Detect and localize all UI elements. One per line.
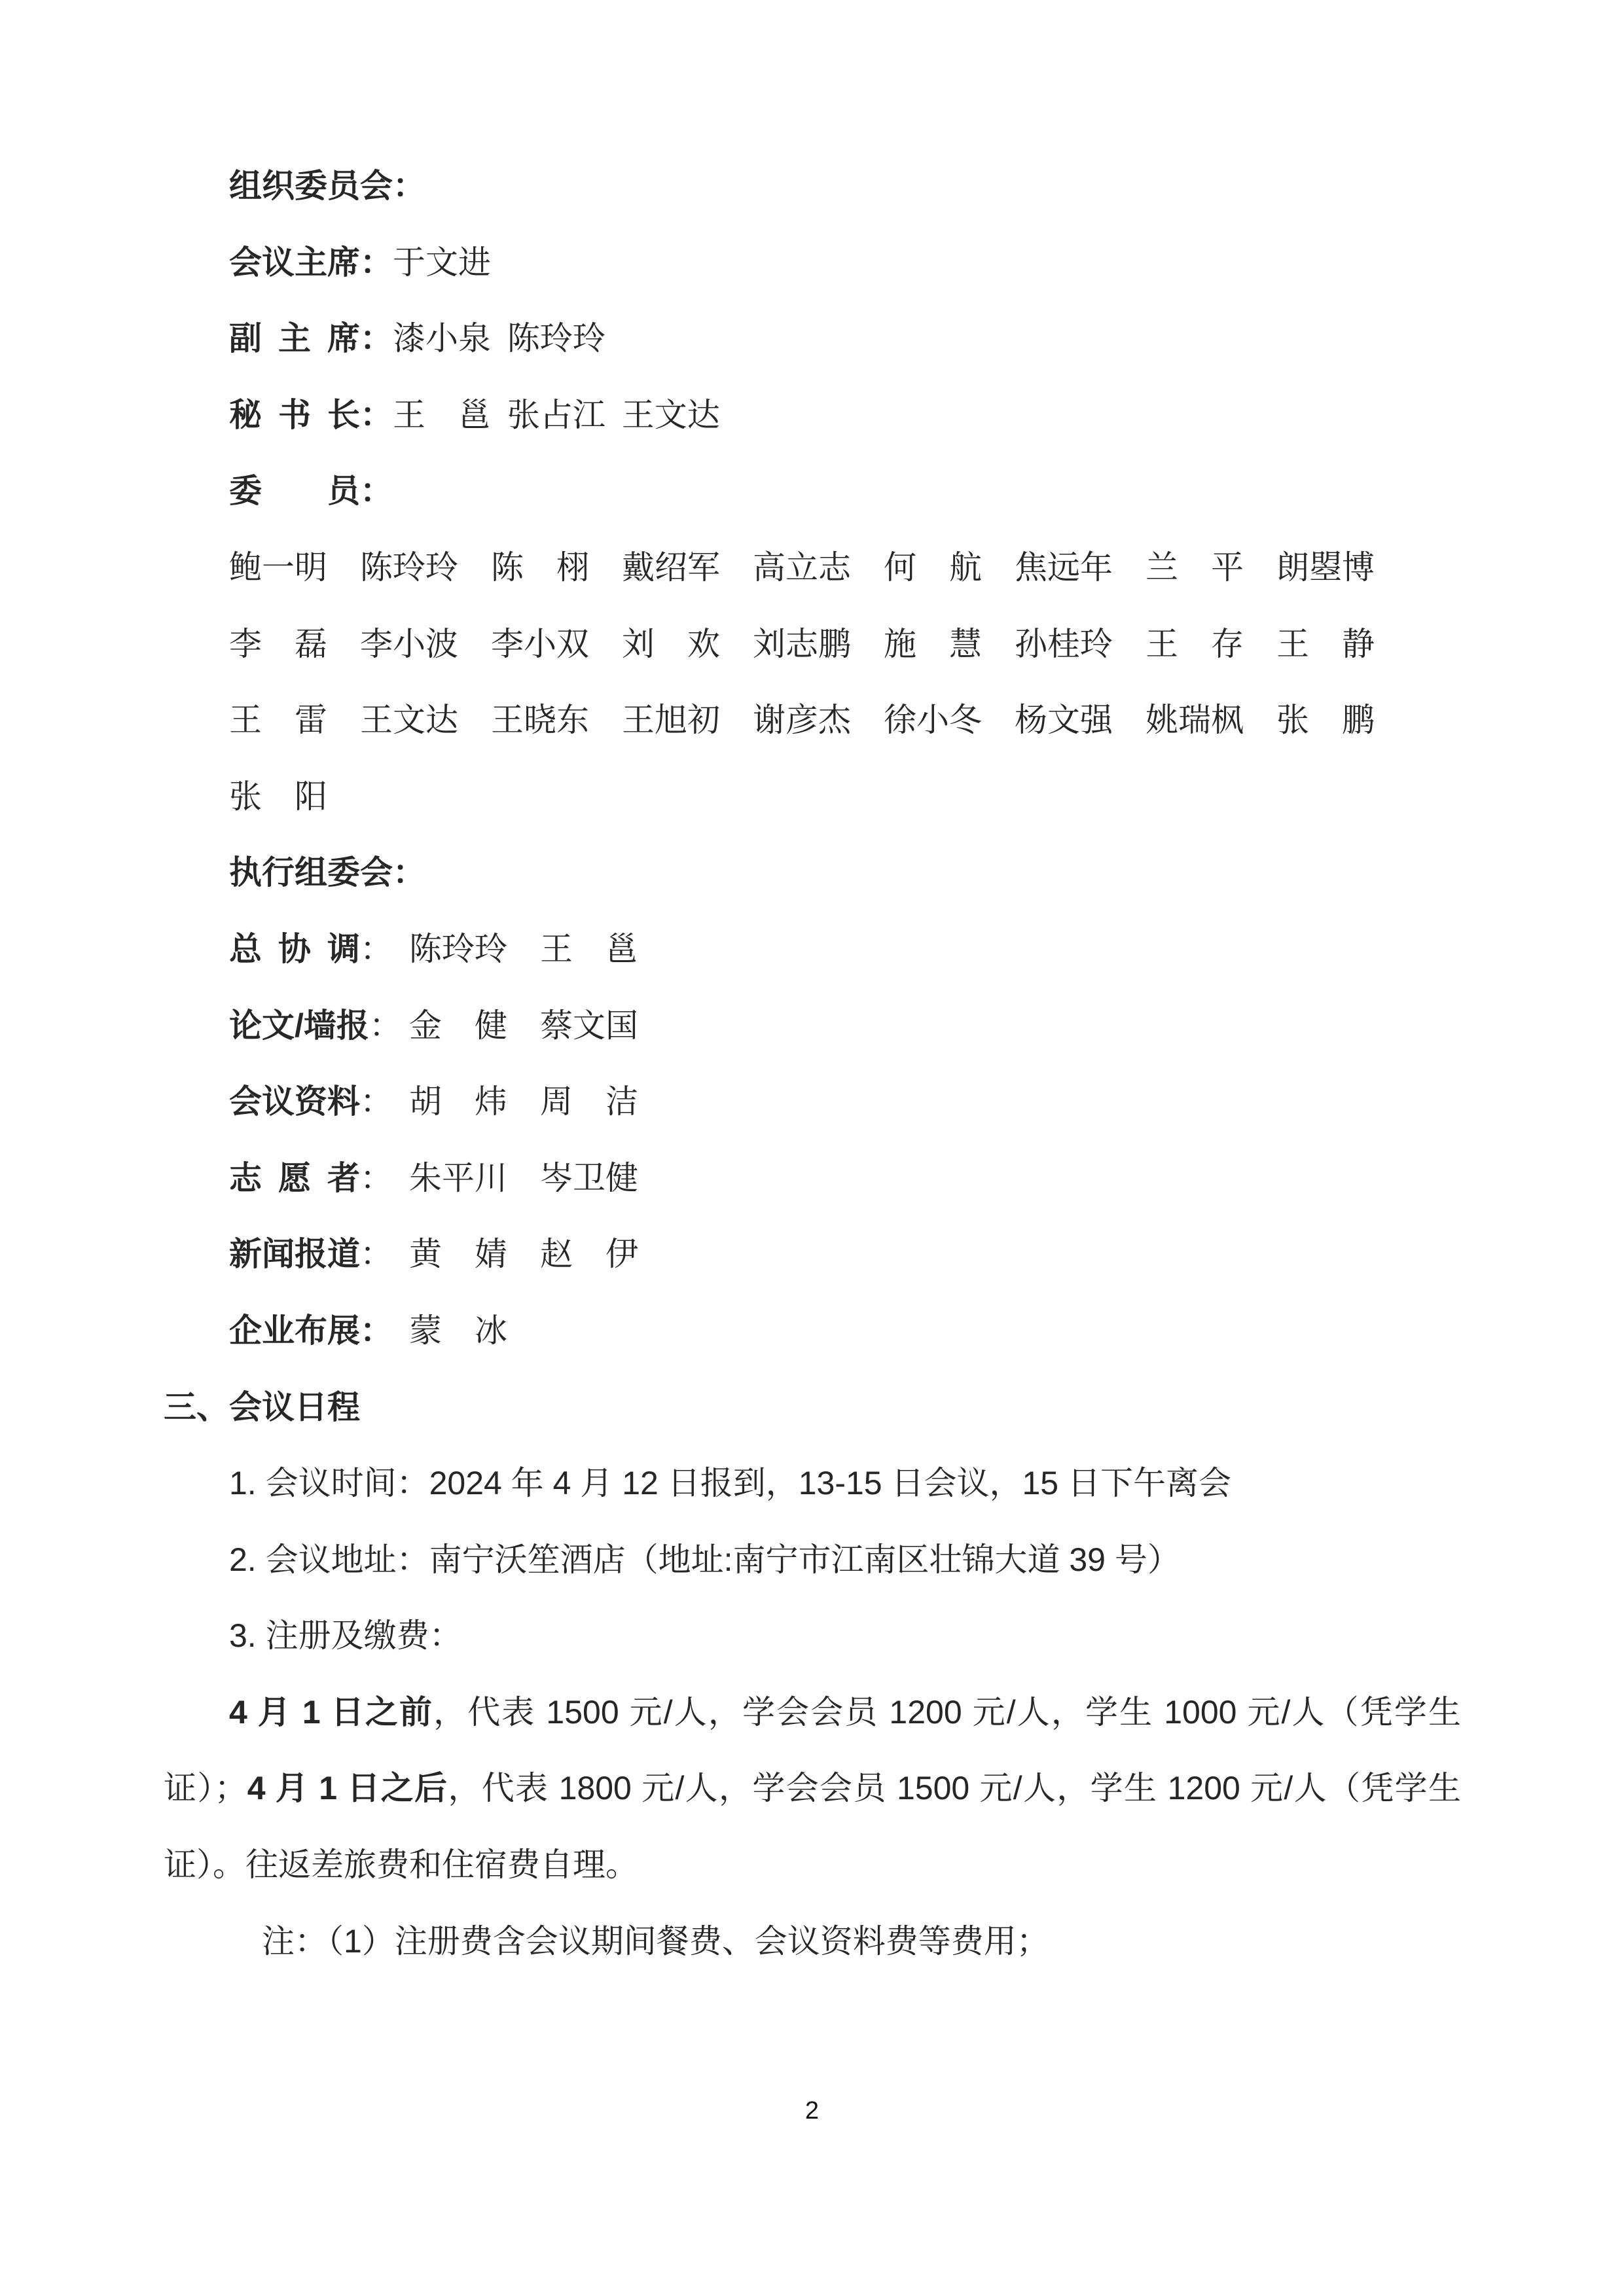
exec-value: 胡 炜 周 洁 [409,1064,638,1140]
exec-label: 新闻报道 [229,1216,360,1293]
organizing-committee-heading: 组织委员会： [164,148,1461,224]
member-row: 张 阳 [164,759,1461,835]
role-label: 秘 书 长 [229,377,360,454]
exec-colon: ： [360,1216,393,1293]
member-name: 鲍一明 [229,529,360,606]
exec-value: 朱平川 岑卫健 [409,1140,638,1217]
member-name: 王晓东 [491,682,622,759]
fee-line-1: 4 月 1 日之前，代表 1500 元/人，学会会员 1200 元/人，学生 1… [164,1674,1461,1751]
role-colon: ： [360,300,393,377]
fee-line-2: 证）；4 月 1 日之后，代表 1800 元/人，学会会员 1500 元/人，学… [164,1750,1461,1827]
member-name: 徐小冬 [884,682,1015,759]
member-name: 王 雷 [229,682,360,759]
exec-value: 黄 婧 赵 伊 [409,1216,638,1293]
schedule-item-time: 1. 会议时间：2024 年 4 月 12 日报到，13-15 日会议，15 日… [164,1445,1461,1522]
member-name: 王旭初 [622,682,753,759]
fee-line-3: 证）。往返差旅费和住宿费自理。 [164,1827,1461,1903]
role-row-chair: 会议主席 ： 于文进 [164,224,1461,301]
member-name: 刘志鹏 [753,606,884,683]
member-name: 谢彦杰 [753,682,884,759]
member-name: 孙桂玲 [1015,606,1146,683]
member-name: 焦远年 [1015,529,1146,606]
exec-label: 企业布展 [229,1293,360,1369]
fee-text: 证）。往返差旅费和住宿费自理。 [164,1846,638,1883]
member-row: 鲍一明 陈玲玲 陈 栩 戴绍军 高立志 何 航 焦远年 兰 平 朗曌博 [164,529,1461,606]
exec-value: 陈玲玲 王 邕 [409,911,638,988]
member-name: 何 航 [884,529,1015,606]
role-label: 会议主席 [229,224,360,301]
schedule-heading: 三、会议日程 [164,1369,1461,1446]
member-name: 杨文强 [1015,682,1146,759]
deadline-after: 4 月 1 日之后 [247,1770,448,1806]
exec-colon: ： [360,911,393,988]
member-name: 李 磊 [229,606,360,683]
member-name: 兰 平 [1146,529,1276,606]
fee-text: ，代表 1500 元/人，学会会员 1200 元/人，学生 1000 元/人（凭… [433,1694,1461,1731]
exec-colon: ： [360,1064,393,1140]
fee-text: ，代表 1800 元/人，学会会员 1500 元/人，学生 1200 元/人（凭… [448,1770,1461,1806]
role-value: 王 邕 张占江 王文达 [393,377,720,454]
fee-note: 注：（1）注册费含会议期间餐费、会议资料费等费用； [164,1903,1461,1980]
exec-label: 总 协 调 [229,911,360,988]
member-name: 陈玲玲 [360,529,491,606]
document-body: 组织委员会： 会议主席 ： 于文进 副 主 席 ： 漆小泉 陈玲玲 秘 书 长 … [164,148,1461,1979]
member-name: 刘 欢 [622,606,753,683]
role-row-vice-chair: 副 主 席 ： 漆小泉 陈玲玲 [164,300,1461,377]
member-name: 王 存 [1146,606,1276,683]
role-row-secretary-general: 秘 书 长 ： 王 邕 张占江 王文达 [164,377,1461,454]
exec-label: 会议资料 [229,1064,360,1140]
member-row: 李 磊 李小波 李小双 刘 欢 刘志鹏 施 慧 孙桂玲 王 存 王 静 [164,606,1461,683]
role-colon: ： [360,453,393,529]
exec-row-papers-posters: 论文/墙报 ： 金 健 蔡文国 [164,988,1461,1064]
role-label: 委 员 [229,453,360,529]
member-name: 朗曌博 [1276,529,1407,606]
deadline-before: 4 月 1 日之前 [229,1694,433,1731]
member-name: 李小双 [491,606,622,683]
member-name: 陈 栩 [491,529,622,606]
member-name: 张 鹏 [1276,682,1407,759]
member-name: 王 静 [1276,606,1407,683]
member-name: 戴绍军 [622,529,753,606]
exec-label: 论文/墙报 [229,988,369,1064]
role-row-members: 委 员 ： [164,453,1461,529]
member-row: 王 雷 王文达 王晓东 王旭初 谢彦杰 徐小冬 杨文强 姚瑞枫 张 鹏 [164,682,1461,759]
schedule-item-registration: 3. 注册及缴费： [164,1598,1461,1674]
role-colon: ： [360,224,393,301]
role-colon: ： [360,377,393,454]
exec-value: 蒙 冰 [409,1293,507,1369]
executive-committee-heading: 执行组委会： [164,834,1461,911]
role-value: 漆小泉 陈玲玲 [393,300,605,377]
registration-fee-paragraph: 4 月 1 日之前，代表 1500 元/人，学会会员 1200 元/人，学生 1… [164,1674,1461,1903]
exec-row-exhibition: 企业布展 ： 蒙 冰 [164,1293,1461,1369]
role-value: 于文进 [393,224,491,301]
page-number: 2 [0,2094,1624,2127]
member-name: 施 慧 [884,606,1015,683]
exec-value: 金 健 蔡文国 [409,988,638,1064]
exec-row-coordinator: 总 协 调 ： 陈玲玲 王 邕 [164,911,1461,988]
member-name: 李小波 [360,606,491,683]
exec-colon: ： [369,988,402,1064]
exec-row-volunteers: 志 愿 者 ： 朱平川 岑卫健 [164,1140,1461,1217]
member-name: 张 阳 [229,759,360,835]
exec-row-news: 新闻报道 ： 黄 婧 赵 伊 [164,1216,1461,1293]
exec-row-materials: 会议资料 ： 胡 炜 周 洁 [164,1064,1461,1140]
member-name: 王文达 [360,682,491,759]
exec-label: 志 愿 者 [229,1140,360,1217]
fee-text-lead: 证）； [164,1770,247,1806]
role-label: 副 主 席 [229,300,360,377]
exec-colon: ： [360,1293,393,1369]
exec-colon: ： [360,1140,393,1217]
member-name: 姚瑞枫 [1146,682,1276,759]
schedule-item-venue: 2. 会议地址：南宁沃笙酒店（地址:南宁市江南区壮锦大道 39 号） [164,1522,1461,1598]
member-name: 高立志 [753,529,884,606]
